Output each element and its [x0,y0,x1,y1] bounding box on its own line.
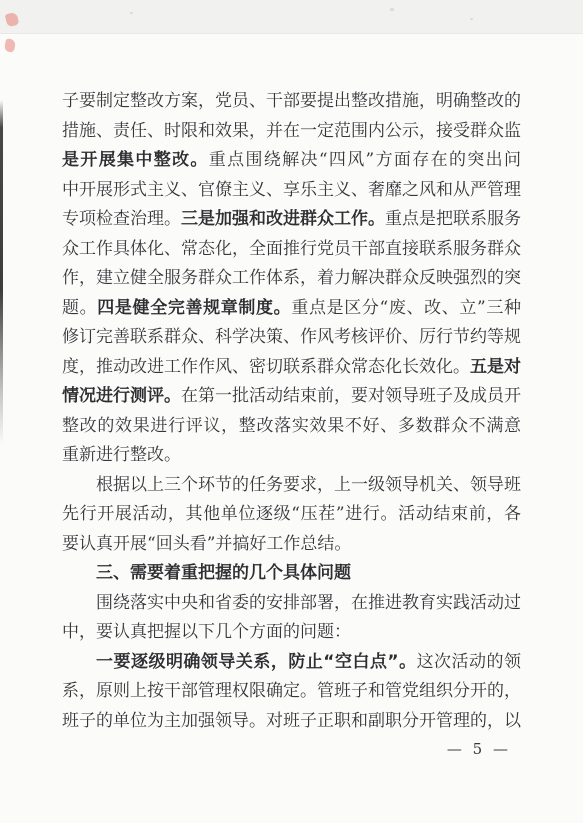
text-line: 措施、责任、时限和效果，并在一定范围内公示，接受群众监督。二 [62,117,521,147]
text-line: 中，要认真把握以下几个方面的问题： [62,618,521,648]
scan-artifact-top-band [0,0,583,34]
body-text-segment: 子要制定整改方案，党员、干部要提出整改措施，明确整改的事项、 [62,91,521,117]
body-text-segment: 围绕落实中央和省委的安排部署，在推进教育实践活动过程 [62,593,521,619]
text-line: 题。四是健全完善规章制度。重点是区分“废、改、立”三种类型， [62,294,521,324]
text-line: 三、需要着重把握的几个具体问题 [62,559,521,589]
text-line: 整改的效果进行评议，整改落实效果不好、多数群众不满意的，要 [62,412,521,442]
text-line: 是开展集中整改。重点围绕解决“四风”方面存在的突出问题，集 [62,146,521,176]
text-line: 众工作具体化、常态化，全面推行党员干部直接联系服务群众工 [62,235,521,265]
page-number: — 5 — [447,740,511,758]
body-text-segment: 中，要认真把握以下几个方面的问题： [62,622,351,642]
body-text-segment: 系，原则上按干部管理权限确定。管班子和管党组织分开的，以管 [62,681,521,707]
text-line: 先行开展活动，其他单位逐级“压茬”进行。活动结束前，各单位 [62,500,521,530]
text-line: 专项检查治理。三是加强和改进群众工作。重点是把联系服务群 [62,205,521,235]
text-line: 要认真开展“回头看”并搞好工作总结。 [62,530,521,560]
body-text-segment: 整改的效果进行评议，整改落实效果不好、多数群众不满意的，要 [62,416,521,442]
body-text-segment: 修订完善联系群众、科学决策、作风考核评价、厉行节约等规章制 [62,327,521,353]
emphasis-text-segment: 情况进行测评。 [62,386,181,406]
emphasis-text-segment: 四是健全完善规章制度。 [97,298,291,318]
body-text-segment: 措施、责任、时限和效果，并在一定范围内公示，接受群众监督。 [62,121,521,147]
body-text-segment: 作，建立健全服务群众工作体系，着力解决群众反映强烈的突出问 [62,268,521,294]
text-line: 度，推动改进工作作风、密切联系群众常态化长效化。五是对整改 [62,353,521,383]
emphasis-text-segment: 是开展集中整改。 [62,150,209,170]
emphasis-text-segment: 一要逐级明确领导关系，防止“空白点”。 [96,652,417,672]
text-line: 围绕落实中央和省委的安排部署，在推进教育实践活动过程 [62,589,521,619]
body-text-segment: 众工作具体化、常态化，全面推行党员干部直接联系服务群众工 [62,239,521,265]
emphasis-text-segment: 三是加强和改进群众工作。 [181,209,385,229]
text-line: 班子的单位为主加强领导。对班子正职和副职分开管理的，以管 [62,707,521,737]
scan-artifact-left-edge [0,100,3,445]
body-text-segment: 根据以上三个环节的任务要求，上一级领导机关、领导班子要 [62,475,521,501]
body-text-segment: 专项检查治理。 [62,209,181,229]
emphasis-text-segment: 三、需要着重把握的几个具体问题 [96,563,351,583]
text-line: 修订完善联系群众、科学决策、作风考核评价、厉行节约等规章制 [62,323,521,353]
scan-speck [390,8,394,11]
scan-speck [130,12,133,14]
text-line: 重新进行整改。 [62,441,521,471]
text-line: 作，建立健全服务群众工作体系，着力解决群众反映强烈的突出问 [62,264,521,294]
body-text-segment: 要认真开展“回头看”并搞好工作总结。 [62,534,351,554]
body-text-segment: 中开展形式主义、官僚主义、享乐主义、奢靡之风和从严管理干部 [62,180,521,206]
text-line: 子要制定整改方案，党员、干部要提出整改措施，明确整改的事项、 [62,87,521,117]
document-body-text: 子要制定整改方案，党员、干部要提出整改措施，明确整改的事项、措施、责任、时限和效… [62,87,521,736]
scanned-document-page: 子要制定整改方案，党员、干部要提出整改措施，明确整改的事项、措施、责任、时限和效… [0,0,583,823]
body-text-segment: 重新进行整改。 [62,445,181,465]
body-text-segment: 先行开展活动，其他单位逐级“压茬”进行。活动结束前，各单位 [62,504,521,530]
text-line: 根据以上三个环节的任务要求，上一级领导机关、领导班子要 [62,471,521,501]
red-pen-mark-bottom [4,38,16,52]
body-text-segment: 班子的单位为主加强领导。对班子正职和副职分开管理的，以管 [62,711,521,737]
body-text-segment: 度，推动改进工作作风、密切联系群众常态化长效化。 [62,357,470,377]
text-line: 系，原则上按干部管理权限确定。管班子和管党组织分开的，以管 [62,677,521,707]
body-text-segment: 题。 [62,298,97,318]
text-line: 中开展形式主义、官僚主义、享乐主义、奢靡之风和从严管理干部 [62,176,521,206]
text-line: 情况进行测评。在第一批活动结束前，要对领导班子及成员开展 [62,382,521,412]
text-line: 一要逐级明确领导关系，防止“空白点”。这次活动的领导关 [62,648,521,678]
scan-speck [470,18,473,20]
